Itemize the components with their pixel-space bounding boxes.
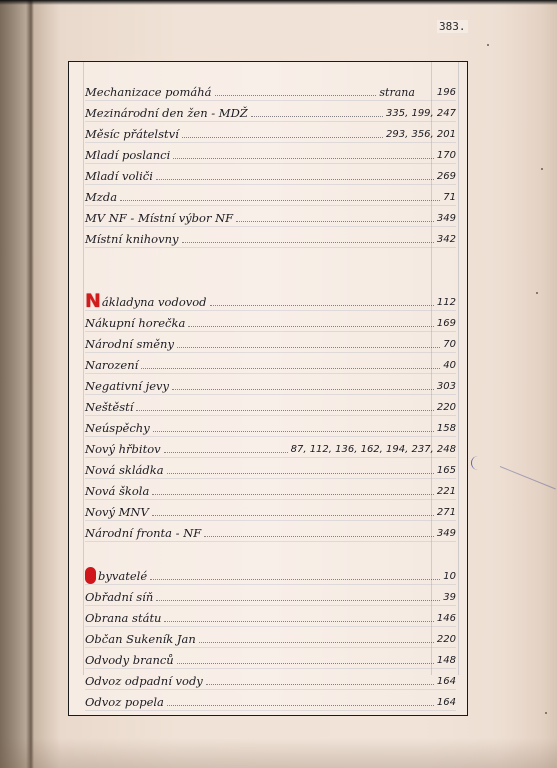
leader-dots xyxy=(156,179,434,180)
entry-label: Odvoz popela xyxy=(85,695,164,710)
leader-dots xyxy=(182,137,383,138)
entry-pages: 196 xyxy=(437,85,456,100)
page-number: 383. xyxy=(437,20,468,33)
entry-pages: 349 xyxy=(437,211,456,226)
leader-dots xyxy=(167,473,434,474)
leader-dots xyxy=(152,494,434,495)
index-entry: Negativní jevy 303 xyxy=(85,374,456,395)
entry-pages: 158 xyxy=(437,421,456,436)
index-entry: Obrana státu 146 xyxy=(85,606,456,627)
index-entry: Místní knihovny 342 xyxy=(85,227,456,248)
margin-rule-right xyxy=(458,62,459,675)
red-initial-n: N xyxy=(85,293,101,310)
index-entry: Mladí voliči 269 xyxy=(85,164,456,185)
entry-pages: 221 xyxy=(437,484,456,499)
leader-dots xyxy=(236,221,434,222)
leader-dots xyxy=(177,663,434,664)
index-entry: Obřadní síň 39 xyxy=(85,585,456,606)
paper-speck xyxy=(487,44,489,46)
entry-label: ákladyna vodovod xyxy=(102,295,207,310)
leader-dots xyxy=(141,368,440,369)
column-header-strana: strana xyxy=(379,85,415,100)
entry-label: Občan Sukeník Jan xyxy=(85,632,196,647)
leader-dots xyxy=(172,389,434,390)
index-entry: Mechanizace pomáhá strana 196 xyxy=(85,80,456,101)
entry-label: Odvoz odpadní vody xyxy=(85,674,203,689)
paper-speck xyxy=(545,712,547,714)
leader-dots xyxy=(210,305,434,306)
leader-dots xyxy=(188,326,434,327)
leader-dots xyxy=(251,116,383,117)
entry-pages: 87, 112, 136, 162, 194, 237, 248 xyxy=(291,442,456,457)
entry-label: byvatelé xyxy=(98,569,147,584)
entry-label: Mladí voliči xyxy=(85,169,153,184)
entry-label: Obřadní síň xyxy=(85,590,153,605)
leader-dots xyxy=(152,515,434,516)
entry-pages: 220 xyxy=(437,400,456,415)
leader-dots xyxy=(164,452,288,453)
entry-pages: 164 xyxy=(437,674,456,689)
entry-label: Nový MNV xyxy=(85,505,149,520)
entry-label: Negativní jevy xyxy=(85,379,169,394)
entry-label: Mzda xyxy=(85,190,117,205)
leader-dots xyxy=(206,684,434,685)
ink-margin-mark xyxy=(471,456,478,470)
entry-label: MV NF - Místní výbor NF xyxy=(85,211,233,226)
entry-pages: 271 xyxy=(437,505,456,520)
page-bottom-shade xyxy=(0,738,557,768)
leader-dots xyxy=(164,621,433,622)
index-entry: Neúspěchy 158 xyxy=(85,416,456,437)
entry-label: Neštěstí xyxy=(85,400,133,415)
entry-pages: 170 xyxy=(437,148,456,163)
entry-pages: 165 xyxy=(437,463,456,478)
leader-dots xyxy=(204,536,434,537)
index-entry: Národní směny 70 xyxy=(85,332,456,353)
index-entry: Občan Sukeník Jan 220 xyxy=(85,627,456,648)
index-entry: Měsíc přátelství 293, 356, 201 xyxy=(85,122,456,143)
paper-speck xyxy=(536,292,538,294)
entry-label: Nová skládka xyxy=(85,463,164,478)
index-entry: Nový hřbitov 87, 112, 136, 162, 194, 237… xyxy=(85,437,456,458)
entry-pages: 10 xyxy=(443,569,456,584)
entry-pages: 169 xyxy=(437,316,456,331)
leader-dots xyxy=(120,200,440,201)
index-entry: Mezinárodní den žen - MDŽ 335, 199, 247 xyxy=(85,101,456,122)
entry-pages: 349 xyxy=(437,526,456,541)
entry-label: Narození xyxy=(85,358,138,373)
entry-pages: 148 xyxy=(437,653,456,668)
entry-pages: 71 xyxy=(443,190,456,205)
index-entry: Nový MNV 271 xyxy=(85,500,456,521)
margin-rule-left xyxy=(83,62,84,675)
leader-dots xyxy=(150,579,440,580)
index-entry: Nová skládka 165 xyxy=(85,458,456,479)
index-entry: Odvoz odpadní vody 164 xyxy=(85,669,456,690)
entry-label: Měsíc přátelství xyxy=(85,127,179,142)
index-entry: Nákupní horečka 169 xyxy=(85,311,456,332)
leader-dots xyxy=(153,431,434,432)
entry-label: Nový hřbitov xyxy=(85,442,161,457)
entry-pages: 303 xyxy=(437,379,456,394)
entry-pages: 269 xyxy=(437,169,456,184)
index-entry: Mzda 71 xyxy=(85,185,456,206)
entry-pages: 70 xyxy=(443,337,456,352)
index-entry: Národní fronta - NF 349 xyxy=(85,521,456,542)
scan-edge-shadow xyxy=(0,0,557,5)
leader-dots xyxy=(199,642,434,643)
leader-dots xyxy=(177,347,440,348)
entry-pages: 40 xyxy=(443,358,456,373)
entry-pages: 164 xyxy=(437,695,456,710)
paper-speck xyxy=(541,168,543,170)
entry-label: Odvody branců xyxy=(85,653,174,668)
leader-dots xyxy=(167,705,434,706)
leader-dots xyxy=(182,242,434,243)
index-entry: Nová škola 221 xyxy=(85,479,456,500)
index-entry: Odvoz popela 164 xyxy=(85,690,456,711)
entry-label: Mechanizace pomáhá xyxy=(85,85,212,100)
entry-pages: 335, 199, 247 xyxy=(386,106,456,121)
leader-dots xyxy=(173,158,434,159)
entry-label: Mezinárodní den žen - MDŽ xyxy=(85,106,248,121)
entry-label: Neúspěchy xyxy=(85,421,150,436)
entry-label: Nákupní horečka xyxy=(85,316,185,331)
index-frame: Mechanizace pomáhá strana 196 Mezinárodn… xyxy=(68,61,468,716)
entry-label: Národní fronta - NF xyxy=(85,526,201,541)
index-entry: O byvatelé 10 xyxy=(85,564,456,585)
entry-label: Nová škola xyxy=(85,484,149,499)
entry-pages: 39 xyxy=(443,590,456,605)
red-initial-o: O xyxy=(85,567,96,584)
leader-dots xyxy=(215,95,377,96)
entry-label: Obrana státu xyxy=(85,611,161,626)
leader-dots xyxy=(136,410,434,411)
index-entry: N ákladyna vodovod 112 xyxy=(85,290,456,311)
entry-pages: 342 xyxy=(437,232,456,247)
entry-pages: 112 xyxy=(437,295,456,310)
index-entry: Narození 40 xyxy=(85,353,456,374)
entry-pages: 220 xyxy=(437,632,456,647)
index-entry: Odvody branců 148 xyxy=(85,648,456,669)
index-entry: MV NF - Místní výbor NF 349 xyxy=(85,206,456,227)
entry-label: Národní směny xyxy=(85,337,174,352)
entry-label: Mladí poslanci xyxy=(85,148,170,163)
entry-label: Místní knihovny xyxy=(85,232,179,247)
entry-pages: 146 xyxy=(437,611,456,626)
leader-dots xyxy=(156,600,440,601)
entry-pages: 293, 356, 201 xyxy=(386,127,456,142)
index-entry: Neštěstí 220 xyxy=(85,395,456,416)
index-entry: Mladí poslanci 170 xyxy=(85,143,456,164)
